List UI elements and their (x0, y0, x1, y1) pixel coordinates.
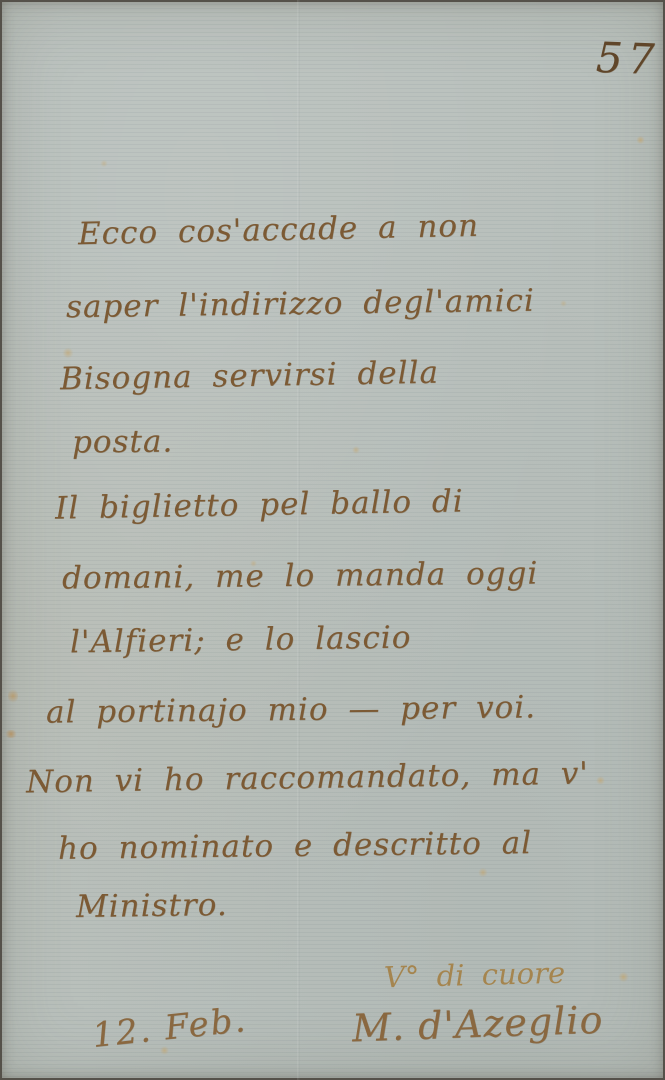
foxing-spot (636, 136, 645, 144)
paper-crease (297, 0, 300, 1080)
handwritten-line: Ministro. (76, 887, 228, 925)
handwritten-line: domani, me lo manda oggi (62, 556, 539, 597)
foxing-spot (352, 446, 360, 454)
signature: M. d'Azeglio (351, 998, 604, 1051)
foxing-spot (62, 348, 74, 358)
date-line: 12. Feb. (90, 1000, 249, 1056)
handwritten-line: al portinajo mio — per voi. (46, 689, 536, 730)
foxing-spot (596, 776, 605, 785)
handwritten-line: Ecco cos'accade a non (78, 208, 480, 252)
handwritten-line: l'Alfieri; e lo lascio (70, 620, 412, 661)
page-number: 57 (595, 33, 660, 84)
foxing-spot (618, 972, 629, 982)
foxing-spot (560, 300, 567, 307)
foxing-spot (8, 688, 18, 704)
handwritten-line: Non vi ho raccomandato, ma v' (26, 756, 589, 801)
handwritten-line: Bisogna servirsi della (60, 355, 439, 398)
foxing-spot (4, 730, 18, 738)
handwritten-line: posta. (72, 424, 174, 461)
closing-line: V° di cuore (384, 956, 566, 995)
handwritten-line: saper l'indirizzo degl'amici (66, 283, 535, 326)
foxing-spot (100, 160, 108, 167)
handwritten-line: Il biglietto pel ballo di (55, 483, 464, 526)
handwritten-line: ho nominato e descritto al (58, 825, 532, 867)
foxing-spot (478, 868, 488, 877)
letter-page: 57 Ecco cos'accade a non saper l'indiriz… (0, 0, 665, 1080)
